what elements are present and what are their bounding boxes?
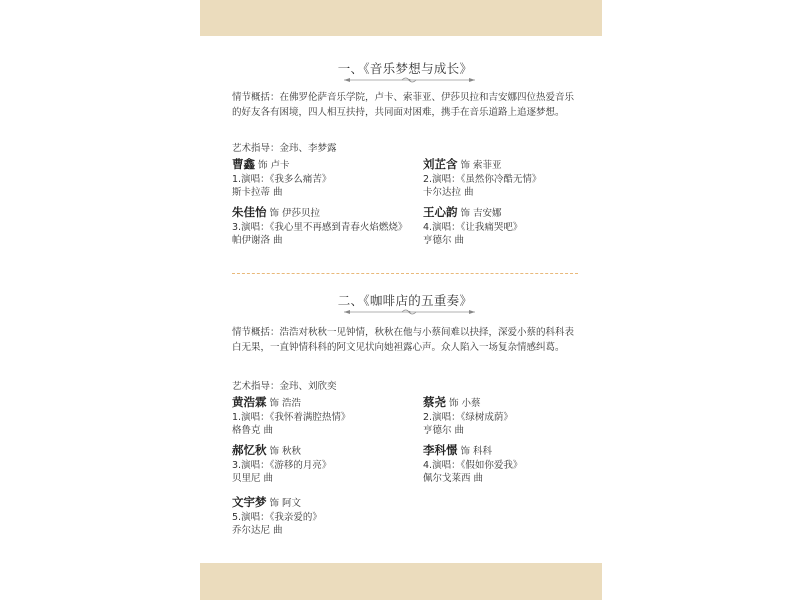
role-as: 饰 卢卡 <box>258 160 290 171</box>
section-1-synopsis: 情节概括：在佛罗伦萨音乐学院，卢卡、索菲亚、伊莎贝拉和吉安娜四位热爱音乐的好友各… <box>232 90 578 120</box>
role-card: 王心韵 饰 吉安娜 4.演唱：《让我痛哭吧》 亨德尔 曲 <box>423 206 598 248</box>
role-card: 朱佳怡 饰 伊莎贝拉 3.演唱：《我心里不再感到青春火焰燃烧》 帕伊谢洛 曲 <box>232 206 422 248</box>
role-as: 饰 吉安娜 <box>461 208 502 219</box>
ornament-divider-icon <box>342 308 477 316</box>
composer-line: 亨德尔 曲 <box>423 424 598 438</box>
composer-line: 格鲁克 曲 <box>232 424 407 438</box>
performer-name: 郝忆秋 <box>232 443 267 457</box>
performer-name: 李科憬 <box>423 443 458 457</box>
song-line: 5.演唱：《我亲爱的》 <box>232 511 407 525</box>
section-1-director: 艺术指导：金玮、李梦露 <box>232 140 337 154</box>
section-1-title: 一、《音乐梦想与成长》 <box>232 59 578 77</box>
role-card: 郝忆秋 饰 秋秋 3.演唱：《游移的月亮》 贝里尼 曲 <box>232 444 407 486</box>
role-as: 饰 伊莎贝拉 <box>270 208 321 219</box>
composer-line: 帕伊谢洛 曲 <box>232 234 422 248</box>
song-line: 1.演唱：《我怀着满腔热情》 <box>232 411 407 425</box>
song-line: 2.演唱：《虽然你冷酷无情》 <box>423 173 598 187</box>
performer-name: 朱佳怡 <box>232 205 267 219</box>
role-card: 李科憬 饰 科科 4.演唱：《假如你爱我》 佩尔戈莱西 曲 <box>423 444 598 486</box>
performer-name: 王心韵 <box>423 205 458 219</box>
ornament-divider-icon <box>342 76 477 84</box>
composer-line: 斯卡拉蒂 曲 <box>232 186 407 200</box>
performer-name: 蔡尧 <box>423 395 446 409</box>
section-divider <box>232 273 578 274</box>
role-as: 饰 索菲亚 <box>461 160 502 171</box>
role-card: 刘芷含 饰 索菲亚 2.演唱：《虽然你冷酷无情》 卡尔达拉 曲 <box>423 158 598 200</box>
section-2-title: 二、《咖啡店的五重奏》 <box>232 291 578 309</box>
performer-name: 黄浩霖 <box>232 395 267 409</box>
composer-line: 佩尔戈莱西 曲 <box>423 472 598 486</box>
role-as: 饰 科科 <box>461 446 493 457</box>
composer-line: 乔尔达尼 曲 <box>232 524 407 538</box>
role-as: 饰 秋秋 <box>270 446 302 457</box>
section-2-synopsis: 情节概括：浩浩对秋秋一见钟情，秋秋在他与小蔡间难以抉择，深爱小蔡的科科表白无果，… <box>232 325 578 355</box>
section-2-director: 艺术指导：金玮、刘欣奕 <box>232 378 337 392</box>
song-line: 3.演唱：《游移的月亮》 <box>232 459 407 473</box>
program-page: 一、《音乐梦想与成长》 情节概括：在佛罗伦萨音乐学院，卢卡、索菲亚、伊莎贝拉和吉… <box>200 0 602 600</box>
performer-name: 刘芷含 <box>423 157 458 171</box>
role-card: 曹鑫 饰 卢卡 1.演唱：《我多么痛苦》 斯卡拉蒂 曲 <box>232 158 407 200</box>
composer-line: 亨德尔 曲 <box>423 234 598 248</box>
role-card: 蔡尧 饰 小蔡 2.演唱：《绿树成荫》 亨德尔 曲 <box>423 396 598 438</box>
role-card: 文宇梦 饰 阿文 5.演唱：《我亲爱的》 乔尔达尼 曲 <box>232 496 407 538</box>
role-as: 饰 阿文 <box>270 498 302 509</box>
performer-name: 文宇梦 <box>232 495 267 509</box>
composer-line: 贝里尼 曲 <box>232 472 407 486</box>
performer-name: 曹鑫 <box>232 157 255 171</box>
header-band <box>200 0 602 36</box>
role-as: 饰 小蔡 <box>449 398 481 409</box>
footer-band <box>200 563 602 600</box>
role-card: 黄浩霖 饰 浩浩 1.演唱：《我怀着满腔热情》 格鲁克 曲 <box>232 396 407 438</box>
song-line: 1.演唱：《我多么痛苦》 <box>232 173 407 187</box>
role-as: 饰 浩浩 <box>270 398 302 409</box>
song-line: 2.演唱：《绿树成荫》 <box>423 411 598 425</box>
song-line: 4.演唱：《让我痛哭吧》 <box>423 221 598 235</box>
song-line: 4.演唱：《假如你爱我》 <box>423 459 598 473</box>
composer-line: 卡尔达拉 曲 <box>423 186 598 200</box>
song-line: 3.演唱：《我心里不再感到青春火焰燃烧》 <box>232 221 422 235</box>
